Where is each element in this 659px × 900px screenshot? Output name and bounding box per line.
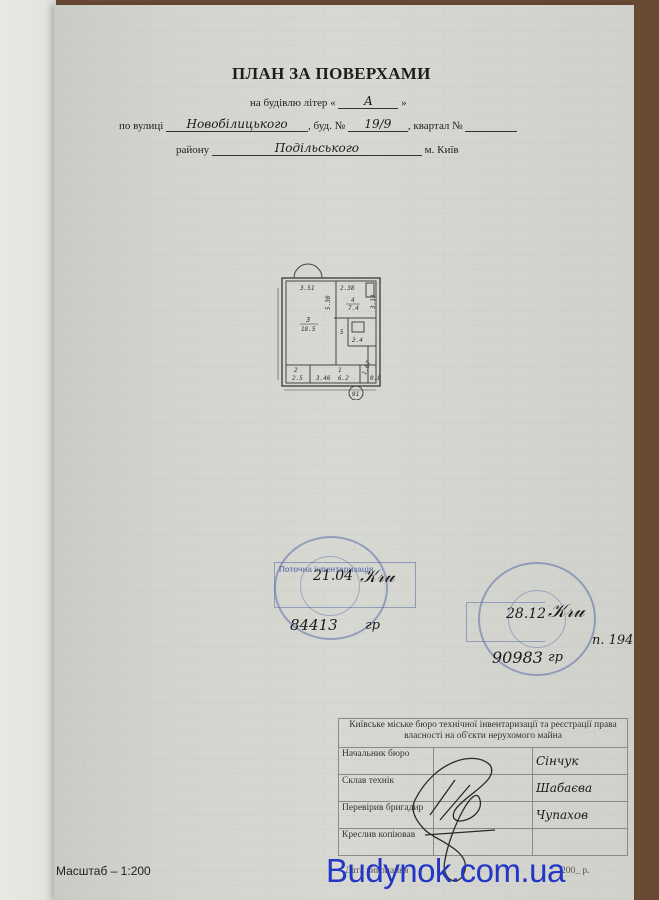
watermark: Budynok.com.ua xyxy=(326,852,565,890)
stamp-2-number: 90983 xyxy=(492,648,543,667)
svg-text:4: 4 xyxy=(351,297,355,304)
stamp-1-signature: 𝒦𝓇𝓊 xyxy=(360,566,394,587)
svg-text:3: 3 xyxy=(305,316,310,324)
district-line: району Подільського м. Київ xyxy=(176,142,459,156)
street-line: по вулиці Новобілицького, буд. № 19/9, к… xyxy=(119,118,517,132)
svg-text:3.46: 3.46 xyxy=(315,375,331,382)
stamp-2-date: 28.12 xyxy=(506,606,546,622)
street-value: Новобілицького xyxy=(166,118,308,132)
svg-text:6.2: 6.2 xyxy=(338,375,349,382)
date-value: 200_ р. xyxy=(561,866,590,876)
stamp-1-number: 84413 xyxy=(290,616,338,634)
svg-text:1: 1 xyxy=(338,367,342,374)
svg-text:91: 91 xyxy=(352,391,359,398)
building-number-value: 19/9 xyxy=(348,118,408,132)
svg-text:7.4: 7.4 xyxy=(348,305,359,312)
scale-label: Масштаб – 1:200 xyxy=(56,864,151,878)
svg-text:2.4: 2.4 xyxy=(352,337,363,344)
signer-name: Сінчук xyxy=(533,748,628,775)
district-value: Подільського xyxy=(212,142,422,156)
svg-text:3.13: 3.13 xyxy=(370,294,377,310)
building-letter-line: на будівлю літер « А » xyxy=(250,95,407,109)
page-title: ПЛАН ЗА ПОВЕРХАМИ xyxy=(232,64,431,84)
svg-text:0.8: 0.8 xyxy=(370,375,381,382)
svg-text:2.5: 2.5 xyxy=(292,375,303,382)
svg-text:1.67: 1.67 xyxy=(361,360,373,376)
svg-text:5: 5 xyxy=(340,329,344,336)
floor-plan-drawing: 3.51 2.38 3 18.5 5.30 4 7.4 3.13 5 2.4 2… xyxy=(276,250,388,400)
district-label: району xyxy=(176,144,209,156)
stamp-2-signature: 𝒦𝓇𝓊 xyxy=(548,600,584,622)
signer-name: Чупахов xyxy=(533,802,628,829)
svg-text:2: 2 xyxy=(294,367,298,374)
quarter-label: , квартал № xyxy=(408,120,463,132)
svg-text:2.38: 2.38 xyxy=(340,285,355,292)
building-letter-value: А xyxy=(338,95,398,109)
stamp-1-suffix: гр xyxy=(365,618,380,633)
stamp-2-note: п. 194 xyxy=(592,633,633,648)
signer-name: Шабаєва xyxy=(533,775,628,802)
svg-text:5.30: 5.30 xyxy=(325,295,332,310)
quarter-value xyxy=(465,118,517,132)
street-label: по вулиці xyxy=(119,120,163,132)
previous-page-edge xyxy=(0,0,56,900)
city-label: м. Київ xyxy=(425,144,459,156)
building-number-label: , буд. № xyxy=(308,120,345,132)
svg-text:18.5: 18.5 xyxy=(301,326,316,333)
stamp-1-date: 21.04 xyxy=(313,568,353,584)
building-letter-close: » xyxy=(401,97,407,109)
building-letter-label: на будівлю літер « xyxy=(250,97,336,109)
stamp-2-suffix: гр xyxy=(548,650,563,665)
svg-text:3.51: 3.51 xyxy=(299,285,314,292)
